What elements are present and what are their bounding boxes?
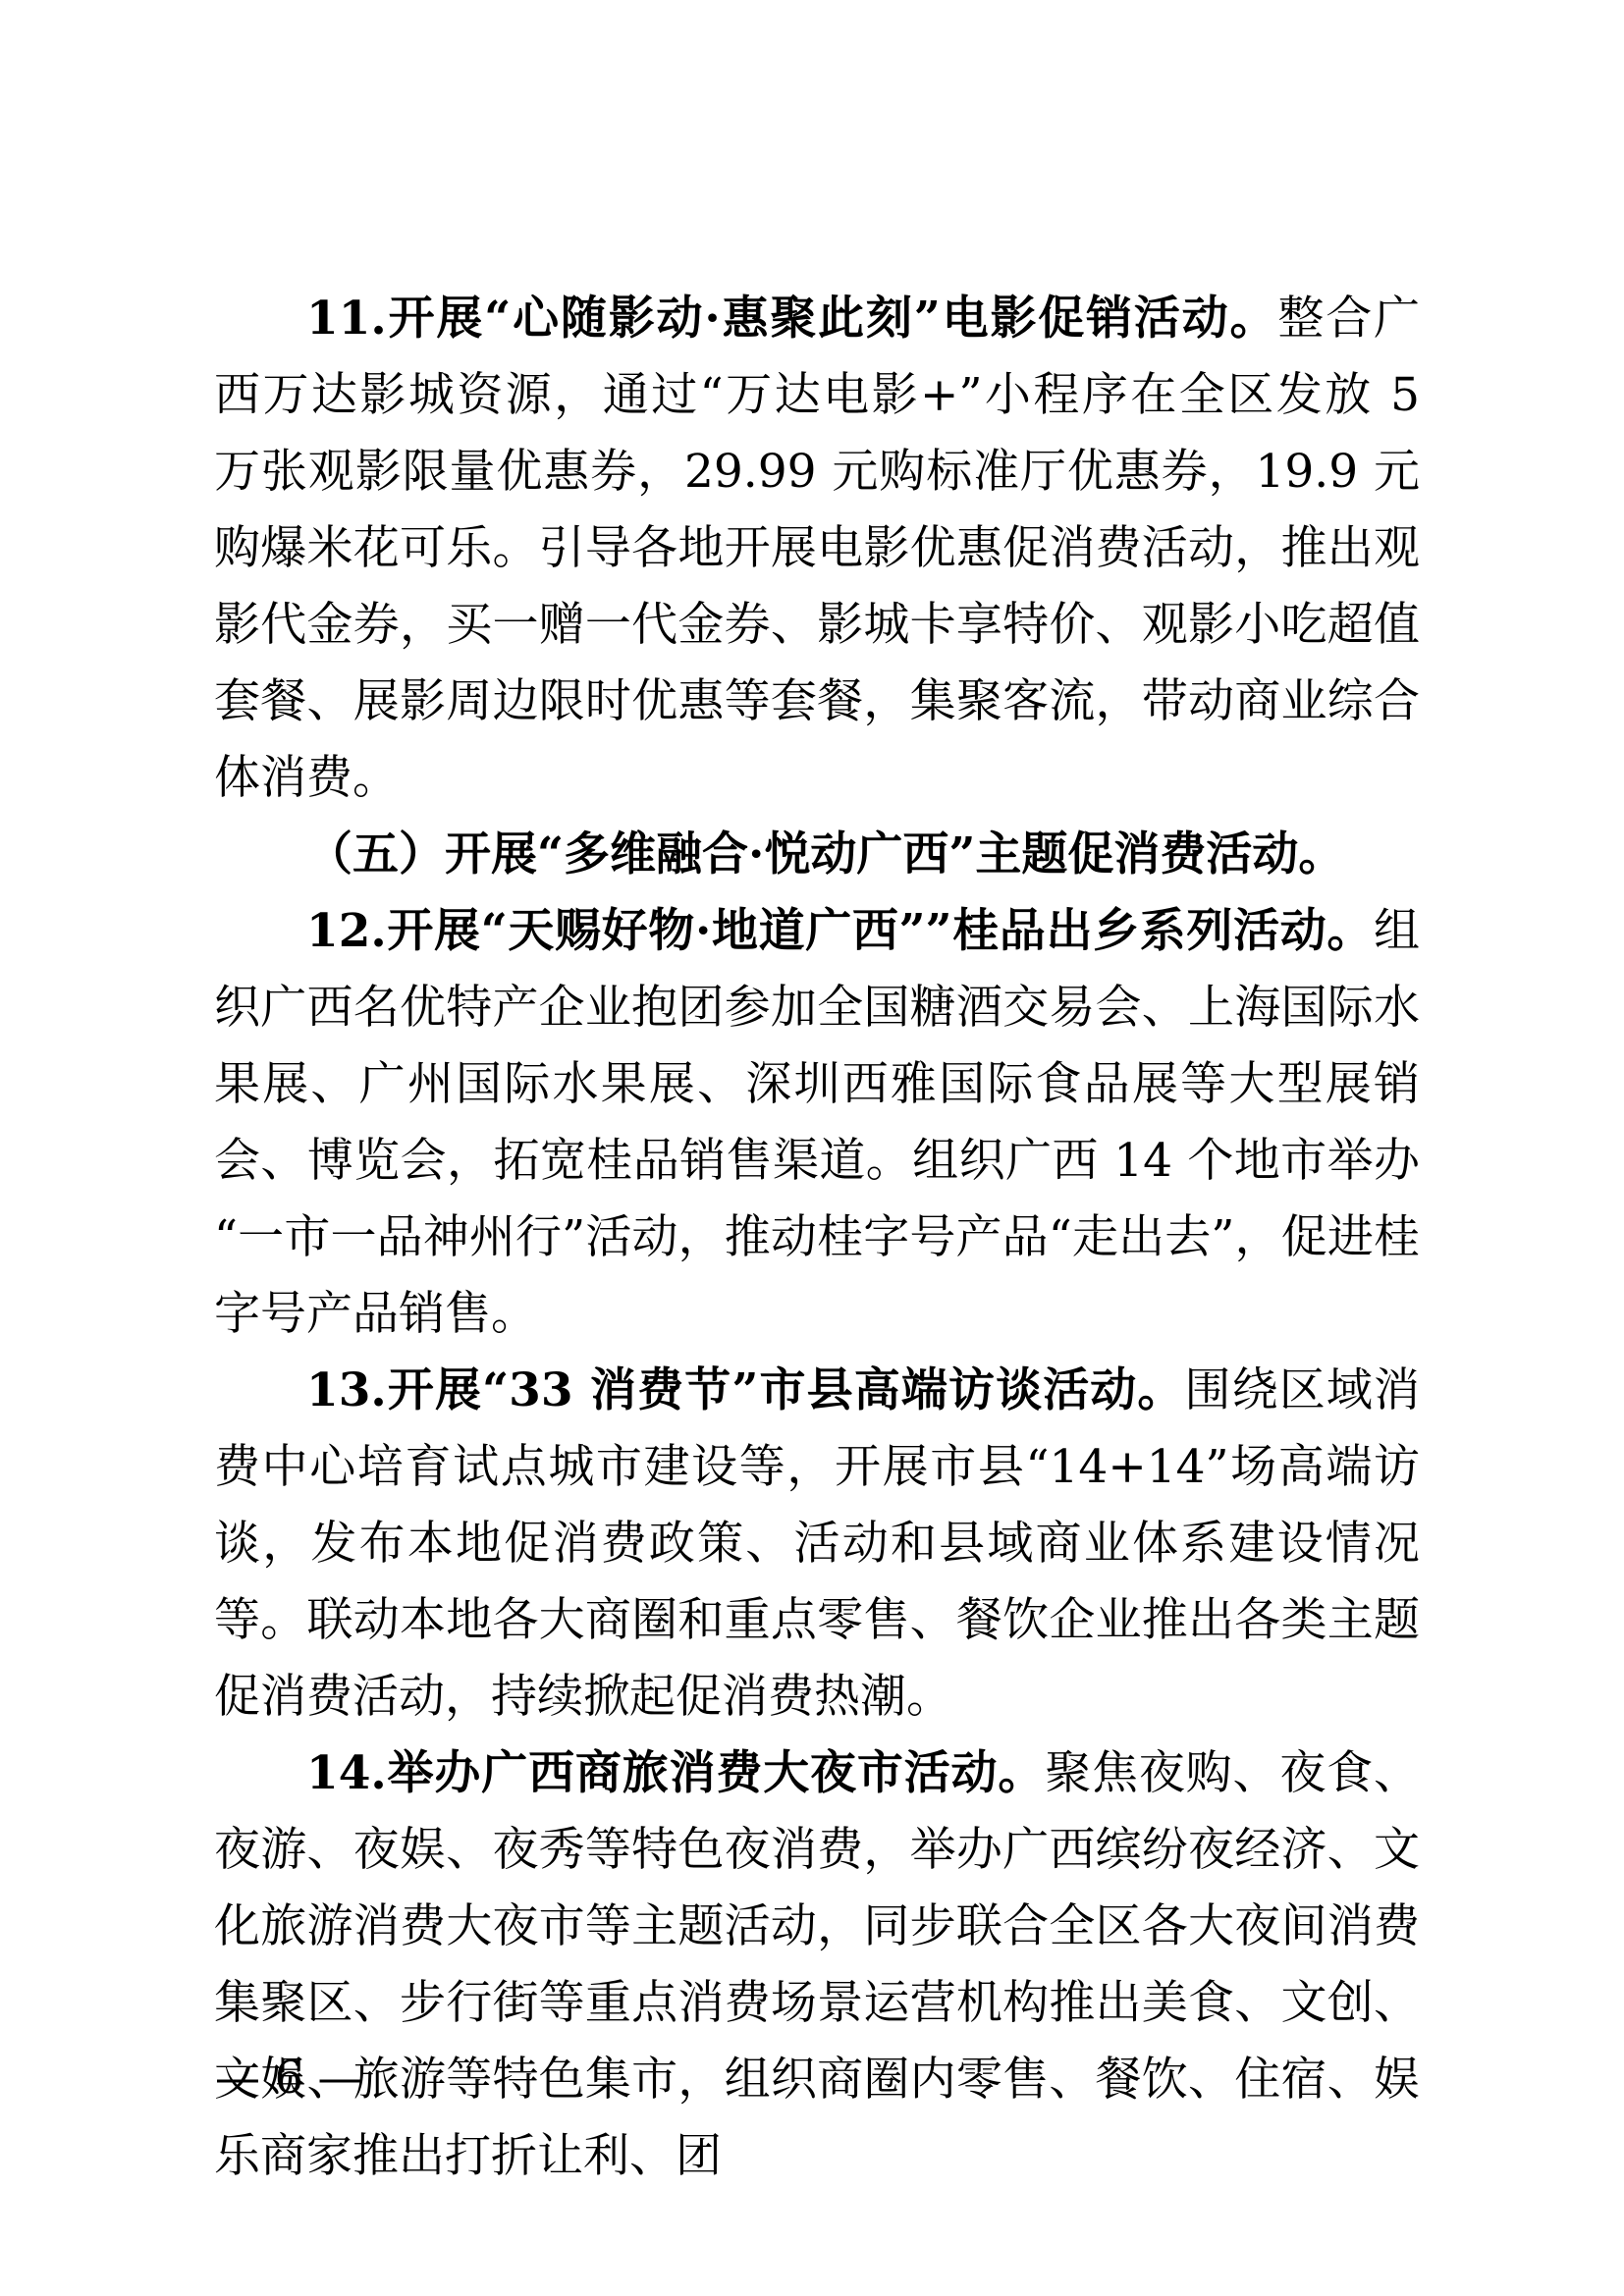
body-text-segment: 组织广西名优特产企业抱团参加全国糖酒交易会、上海国际水果展、广州国际水果展、深圳… <box>214 904 1420 1341</box>
document-page: 11.开展“心随影动·惠聚此刻”电影促销活动。整合广西万达影城资源，通过“万达电… <box>0 0 1624 2296</box>
item-11: 11.开展“心随影动·惠聚此刻”电影促销活动。整合广西万达影城资源，通过“万达电… <box>214 281 1420 817</box>
page-number: — 6 — <box>215 2051 363 2104</box>
bold-lead-segment: 13.开展“33 消费节”市县高端访谈活动。 <box>306 1363 1185 1417</box>
bold-lead-segment: 12.开展“天赐好物·地道广西””桂品出乡系列活动。 <box>306 904 1374 958</box>
bold-lead-segment: （五）开展“多维融合·悦动广西”主题促消费活动。 <box>306 828 1344 881</box>
section-heading-5: （五）开展“多维融合·悦动广西”主题促消费活动。 <box>214 817 1420 893</box>
item-14: 14.举办广西商旅消费大夜市活动。聚焦夜购、夜食、夜游、夜娱、夜秀等特色夜消费，… <box>214 1735 1420 2195</box>
bold-lead-segment: 11.开展“心随影动·惠聚此刻”电影促销活动。 <box>306 292 1277 346</box>
document-body: 11.开展“心随影动·惠聚此刻”电影促销活动。整合广西万达影城资源，通过“万达电… <box>214 281 1420 2195</box>
item-13: 13.开展“33 消费节”市县高端访谈活动。围绕区域消费中心培育试点城市建设等，… <box>214 1353 1420 1735</box>
body-text-segment: 聚焦夜购、夜食、夜游、夜娱、夜秀等特色夜消费，举办广西缤纷夜经济、文化旅游消费大… <box>214 1746 1420 2183</box>
body-text-segment: 整合广西万达影城资源，通过“万达电影+”小程序在全区发放 5 万张观影限量优惠券… <box>214 292 1420 805</box>
page-footer: — 6 — <box>215 2048 363 2107</box>
bold-lead-segment: 14.举办广西商旅消费大夜市活动。 <box>306 1746 1045 1800</box>
body-text-segment: 围绕区域消费中心培育试点城市建设等，开展市县“14+14”场高端访谈，发布本地促… <box>214 1363 1420 1724</box>
item-12: 12.开展“天赐好物·地道广西””桂品出乡系列活动。组织广西名优特产企业抱团参加… <box>214 893 1420 1353</box>
